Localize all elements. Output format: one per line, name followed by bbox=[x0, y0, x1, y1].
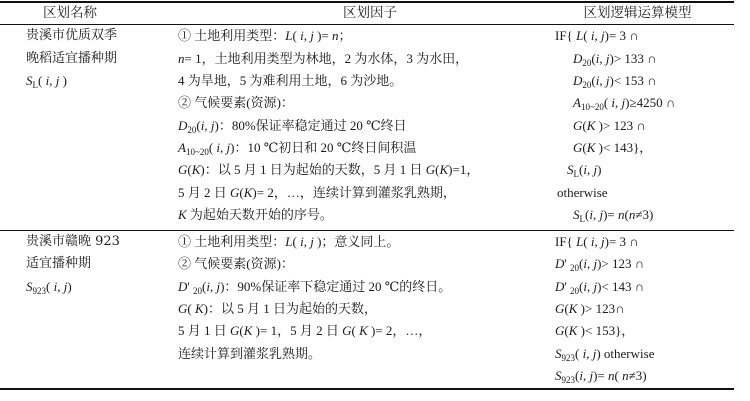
row1-model-line5: G(K )> 123 ∩ bbox=[573, 117, 646, 135]
row1-model-line3: D20(i, j)< 153 ∩ bbox=[573, 72, 657, 90]
row2-model-line4: G(K )> 123∩ bbox=[555, 300, 624, 318]
row2-name-line1: 贵溪市赣晚 923 bbox=[26, 233, 120, 251]
row1-factor-line1: ① 土地利用类型：L( i, j )= n； bbox=[178, 27, 352, 45]
row2-model-line7: S923(i, j)= n( n≠3) bbox=[555, 367, 647, 385]
row1-name-line2: 晚稻适宜播种期 bbox=[26, 50, 117, 68]
row1-model-line1: IF{ L( i, j)= 3 ∩ bbox=[555, 27, 639, 45]
row2-model-line5: G(K )< 153}， bbox=[555, 322, 634, 340]
row2-name-symbol: S923( i, j) bbox=[26, 278, 72, 296]
row2-model-line3: D' 20(i, j)< 143 ∩ bbox=[555, 278, 644, 296]
header-region-factor: 区划因子 bbox=[270, 3, 470, 24]
row2-factor-line3: D' 20(i, j)：90%保证率下稳定通过 20 ℃的终日。 bbox=[178, 278, 451, 296]
row1-name-line1: 贵溪市优质双季 bbox=[26, 27, 117, 45]
row1-factor-line9: K 为起始天数开始的序号。 bbox=[178, 206, 333, 224]
row1-factor-line7: G(K)：以 5 月 1 日为起始的天数，5 月 1 日 G(K)=1， bbox=[178, 161, 479, 179]
row2-name-line2: 适宜播种期 bbox=[26, 255, 91, 273]
row1-model-line2: D20(i, j)> 133 ∩ bbox=[573, 50, 657, 68]
header-region-name: 区划名称 bbox=[0, 3, 140, 24]
row2-factor-line5: 5 月 1 日 G(K )= 1，5 月 2 日 G( K )= 2，…， bbox=[178, 322, 431, 340]
row1-factor-line4: ② 气候要素(资源)： bbox=[178, 94, 294, 112]
row2-factor-line2: ② 气候要素(资源)： bbox=[178, 255, 294, 273]
row1-factor-line2: n= 1，土地利用类型为林地，2 为水体，3 为水田， bbox=[178, 50, 468, 68]
row1-name-symbol: SL( i, j ) bbox=[26, 72, 67, 90]
table-bottom-rule bbox=[0, 388, 734, 390]
row2-factor-line1: ① 土地利用类型：L( i, j )；意义同上。 bbox=[178, 233, 399, 251]
table-header-rule bbox=[0, 24, 734, 25]
row1-factor-line8: 5 月 2 日 G(K)= 2，…，连续计算到灌浆乳熟期， bbox=[178, 184, 456, 202]
row2-model-line1: IF{ L( i, j)= 3 ∩ bbox=[555, 233, 639, 251]
row1-factor-line5: D20(i, j)：80%保证率稳定通过 20 ℃终日 bbox=[178, 117, 407, 135]
row1-model-line6: G(K )< 143}， bbox=[573, 139, 652, 157]
header-logic-model: 区划逻辑运算模型 bbox=[555, 3, 720, 24]
row1-factor-line6: A10~20( i, j)：10 ℃初日和 20 ℃终日间积温 bbox=[178, 139, 416, 157]
row2-model-line2: D' 20(i, j)> 123 ∩ bbox=[555, 255, 644, 273]
row2-factor-line6: 连续计算到灌浆乳熟期。 bbox=[178, 345, 321, 363]
row2-model-line6: S923( i, j) otherwise bbox=[555, 345, 654, 363]
row1-model-line8: otherwise bbox=[557, 184, 608, 202]
row1-model-line9: SL(i, j)= n(n≠3) bbox=[573, 206, 653, 224]
row2-factor-line4: G( K)：以 5 月 1 日为起始的天数， bbox=[178, 300, 377, 318]
table-row-divider bbox=[0, 230, 734, 231]
row1-factor-line3: 4 为旱地，5 为难利用土地，6 为沙地。 bbox=[178, 72, 402, 90]
row1-model-line7: SL(i, j) bbox=[567, 161, 601, 179]
row1-model-line4: A10~20( i, j)≥4250 ∩ bbox=[573, 94, 675, 112]
